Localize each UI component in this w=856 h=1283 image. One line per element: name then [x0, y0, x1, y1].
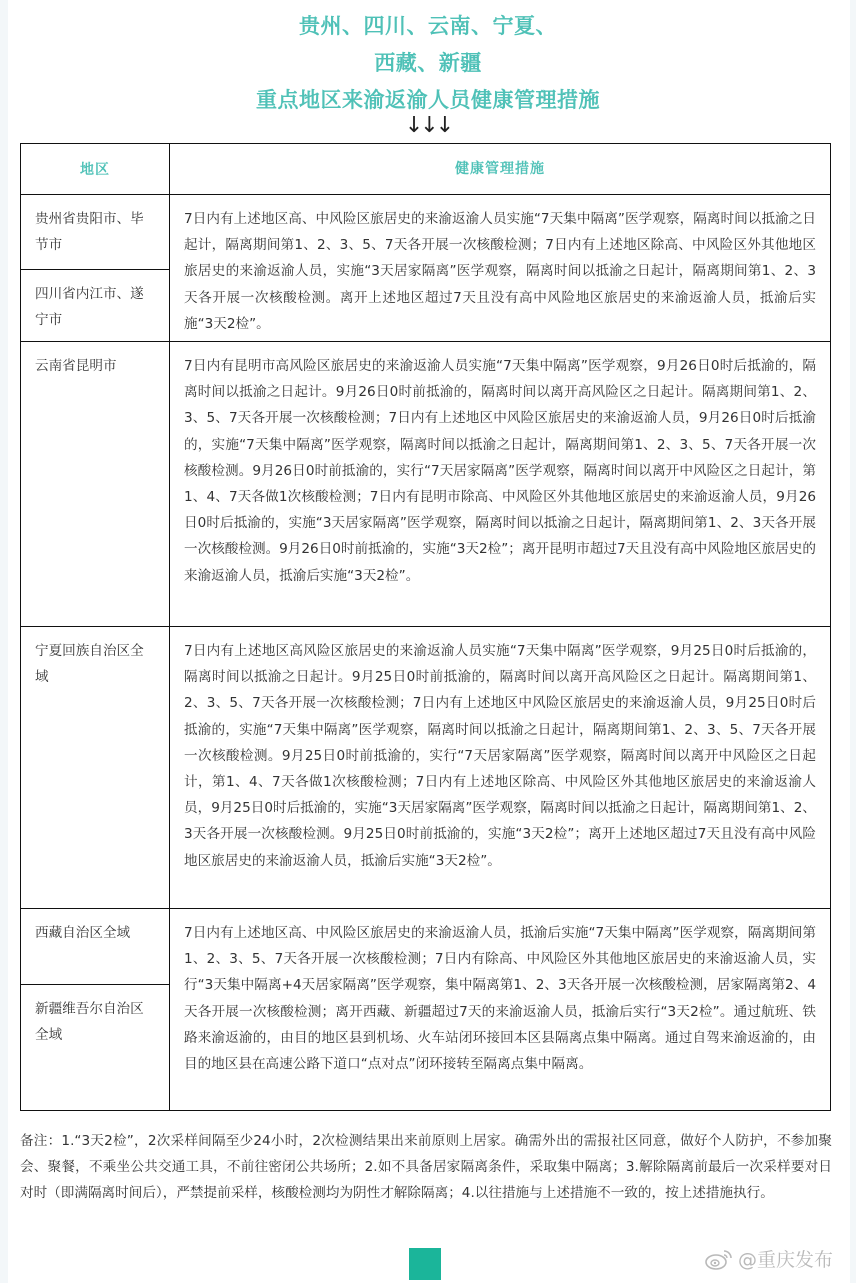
- measures-cell: 7日内有昆明市高风险区旅居史的来渝返渝人员实施“7天集中隔离”医学观察，9月26…: [170, 342, 830, 626]
- region-cell-group: 贵州省贵阳市、毕节市 四川省内江市、遂宁市: [21, 195, 170, 341]
- page-edge-left: [0, 0, 8, 1283]
- measures-cell: 7日内有上述地区高风险区旅居史的来渝返渝人员实施“7天集中隔离”医学观察，9月2…: [170, 627, 830, 908]
- region-guizhou: 贵州省贵阳市、毕节市: [21, 195, 169, 269]
- region-xizang: 西藏自治区全域: [21, 909, 169, 984]
- table-row: 西藏自治区全域 新疆维吾尔自治区全域 7日内有上述地区高、中风险区旅居史的来渝返…: [21, 908, 830, 1110]
- region-cell-group: 云南省昆明市: [21, 342, 170, 626]
- table-row: 贵州省贵阳市、毕节市 四川省内江市、遂宁市 7日内有上述地区高、中风险区旅居史的…: [21, 194, 830, 341]
- teal-square-decoration: [409, 1248, 441, 1280]
- region-yunnan: 云南省昆明市: [21, 342, 169, 387]
- weibo-icon: [704, 1247, 734, 1271]
- region-cell-group: 西藏自治区全域 新疆维吾尔自治区全域: [21, 909, 170, 1110]
- notes-paragraph: 备注：1.“3天2检”，2次采样间隔至少24小时，2次检测结果出来前原则上居家。…: [20, 1128, 832, 1207]
- page-title: 贵州、四川、云南、宁夏、 西藏、新疆 重点地区来渝返渝人员健康管理措施: [0, 8, 856, 119]
- table-header-row: 地区 健康管理措施: [21, 144, 830, 194]
- header-measures: 健康管理措施: [170, 144, 830, 194]
- table-row: 云南省昆明市 7日内有昆明市高风险区旅居史的来渝返渝人员实施“7天集中隔离”医学…: [21, 341, 830, 626]
- watermark: @重庆发布: [704, 1245, 833, 1272]
- measures-cell: 7日内有上述地区高、中风险区旅居史的来渝返渝人员，抵渝后实施“7天集中隔离”医学…: [170, 909, 830, 1110]
- region-ningxia: 宁夏回族自治区全域: [21, 627, 169, 698]
- title-line-1: 贵州、四川、云南、宁夏、: [0, 8, 856, 45]
- region-sichuan: 四川省内江市、遂宁市: [21, 269, 169, 341]
- region-xinjiang: 新疆维吾尔自治区全域: [21, 984, 169, 1110]
- header-region: 地区: [21, 144, 170, 194]
- measures-table: 地区 健康管理措施 贵州省贵阳市、毕节市 四川省内江市、遂宁市 7日内有上述地区…: [20, 143, 831, 1111]
- title-line-2: 西藏、新疆: [0, 45, 856, 82]
- watermark-text: @重庆发布: [738, 1245, 833, 1272]
- down-arrows-icon: ↓↓↓: [0, 112, 856, 140]
- page-edge-right: [850, 0, 856, 1283]
- measures-cell: 7日内有上述地区高、中风险区旅居史的来渝返渝人员实施“7天集中隔离”医学观察，隔…: [170, 195, 830, 341]
- table-row: 宁夏回族自治区全域 7日内有上述地区高风险区旅居史的来渝返渝人员实施“7天集中隔…: [21, 626, 830, 908]
- region-cell-group: 宁夏回族自治区全域: [21, 627, 170, 908]
